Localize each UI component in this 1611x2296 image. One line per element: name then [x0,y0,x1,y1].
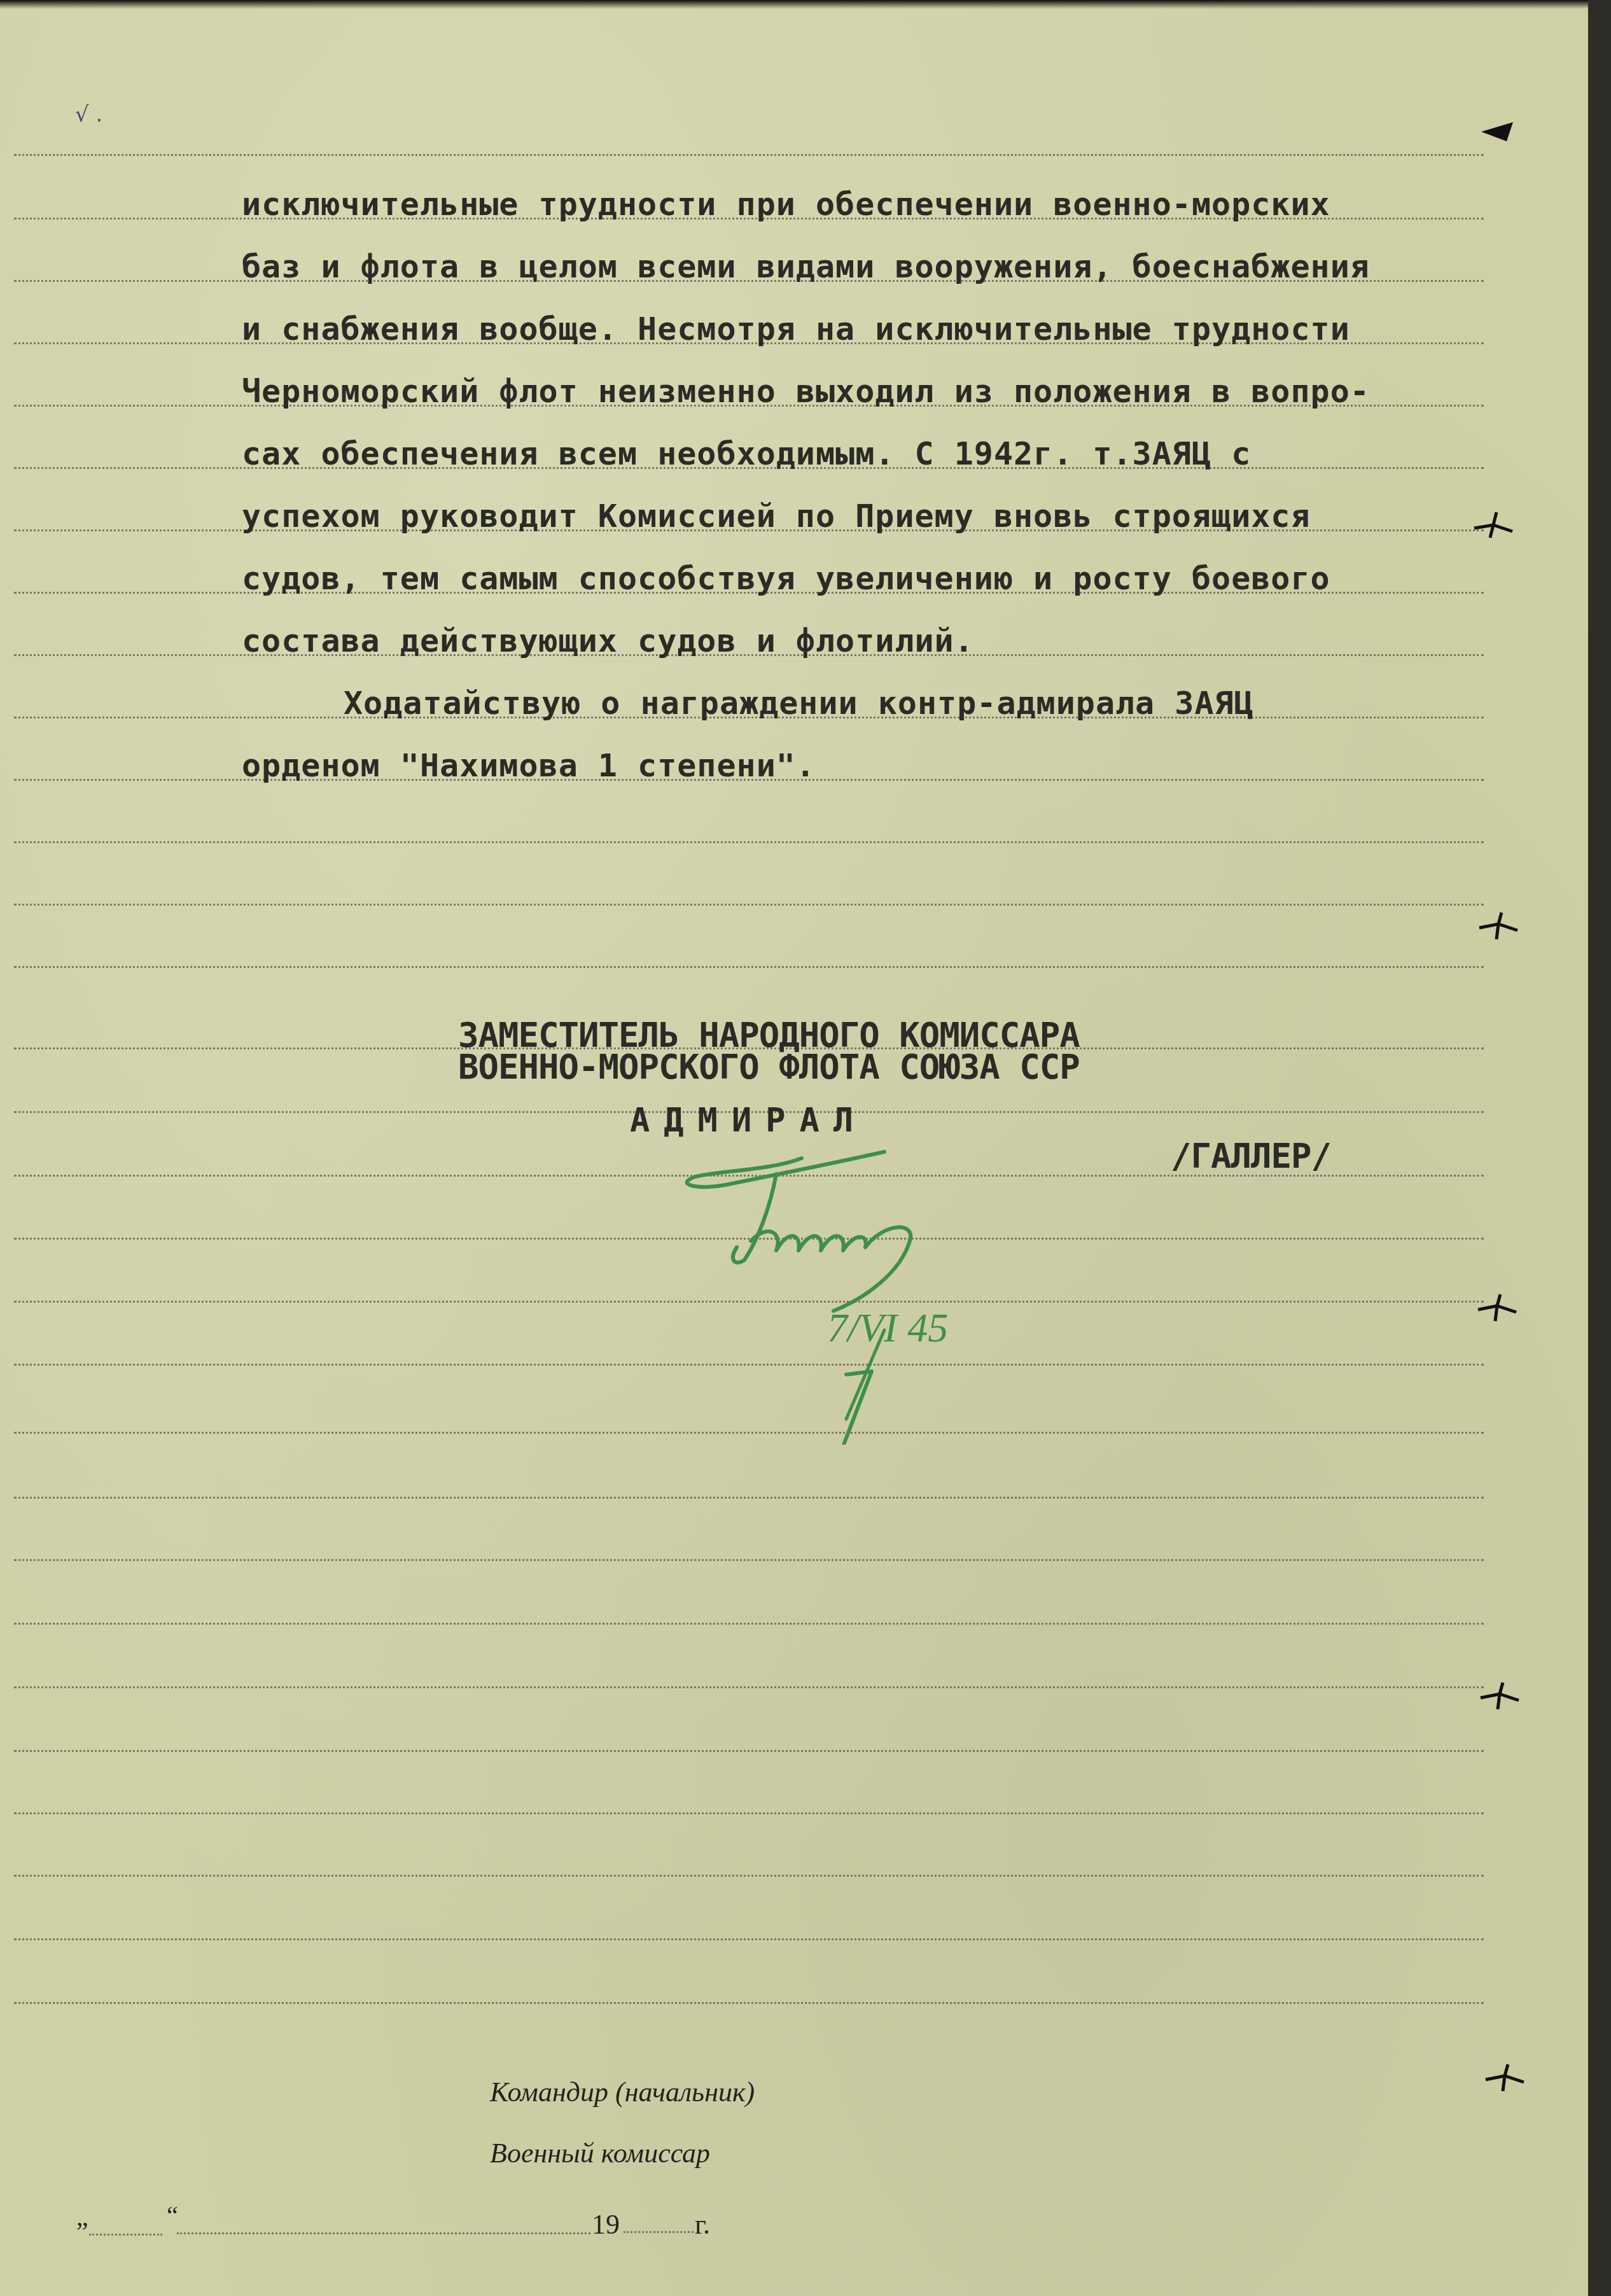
petition-line: орденом "Нахимова 1 степени". [242,750,816,781]
punch-hole-icon [1477,1680,1522,1712]
signatory-rank: АДМИРАЛ [630,1104,867,1137]
corner-check-mark: √ . [75,102,102,127]
date-month-blank [177,2232,590,2234]
scan-top-edge [0,0,1611,9]
punch-hole-icon [1471,509,1516,541]
ruled-line [14,904,1484,906]
body-line: Черноморский флот неизменно выходил из п… [242,375,1370,407]
ruled-line [14,1623,1484,1625]
body-line: успехом руководит Комиссией по Приему вн… [242,500,1311,532]
ruled-line [14,1812,1484,1814]
ruled-line [14,1750,1484,1752]
ruled-line [14,1559,1484,1561]
ruled-line [14,2002,1484,2004]
date-year-blank [624,2231,694,2233]
body-line: баз и флота в целом всеми видами вооруже… [242,251,1370,283]
handwritten-signature-icon [674,1139,1158,1445]
date-day-blank [89,2234,162,2236]
body-line: сах обеспечения всем необходимым. С 1942… [242,438,1251,470]
ruled-line [14,966,1484,968]
ruled-line [14,1497,1484,1499]
scan-right-border [1588,0,1611,2296]
body-line: исключительные трудности при обеспечении… [242,188,1330,220]
date-open-quote: „ [76,2202,88,2232]
punch-hole-icon [1475,116,1519,148]
petition-line: Ходатайствую о награждении контр-адмирал… [344,687,1254,719]
body-line: судов, тем самым способствуя увеличению … [242,563,1330,594]
handwritten-date: 7/VI 45 [827,1305,948,1352]
ruled-line [14,1875,1484,1877]
punch-hole-icon [1475,1292,1519,1324]
ruled-line [14,1686,1484,1688]
date-year-prefix: 19 [592,2208,620,2241]
ruled-line [14,154,1484,156]
signatory-name: /ГАЛЛЕР/ [1171,1139,1331,1173]
commissar-label: Военный комиссар [490,2137,710,2169]
ruled-line [14,841,1484,843]
body-line: состава действующих судов и флотилий. [242,625,974,657]
date-close-quote: “ [167,2201,178,2230]
commander-label: Командир (начальник) [490,2076,755,2108]
signatory-title-line-2: ВОЕННО-МОРСКОГО ФЛОТА СОЮЗА ССР [458,1050,1080,1084]
ruled-line [14,1938,1484,1940]
punch-hole-icon [1476,910,1521,942]
body-line: и снабжения вообще. Несмотря на исключит… [242,313,1350,345]
punch-hole-icon [1482,2062,1527,2094]
document-page: √ . исключительные трудности при обеспеч… [0,0,1588,2296]
date-year-suffix: г. [695,2208,710,2241]
